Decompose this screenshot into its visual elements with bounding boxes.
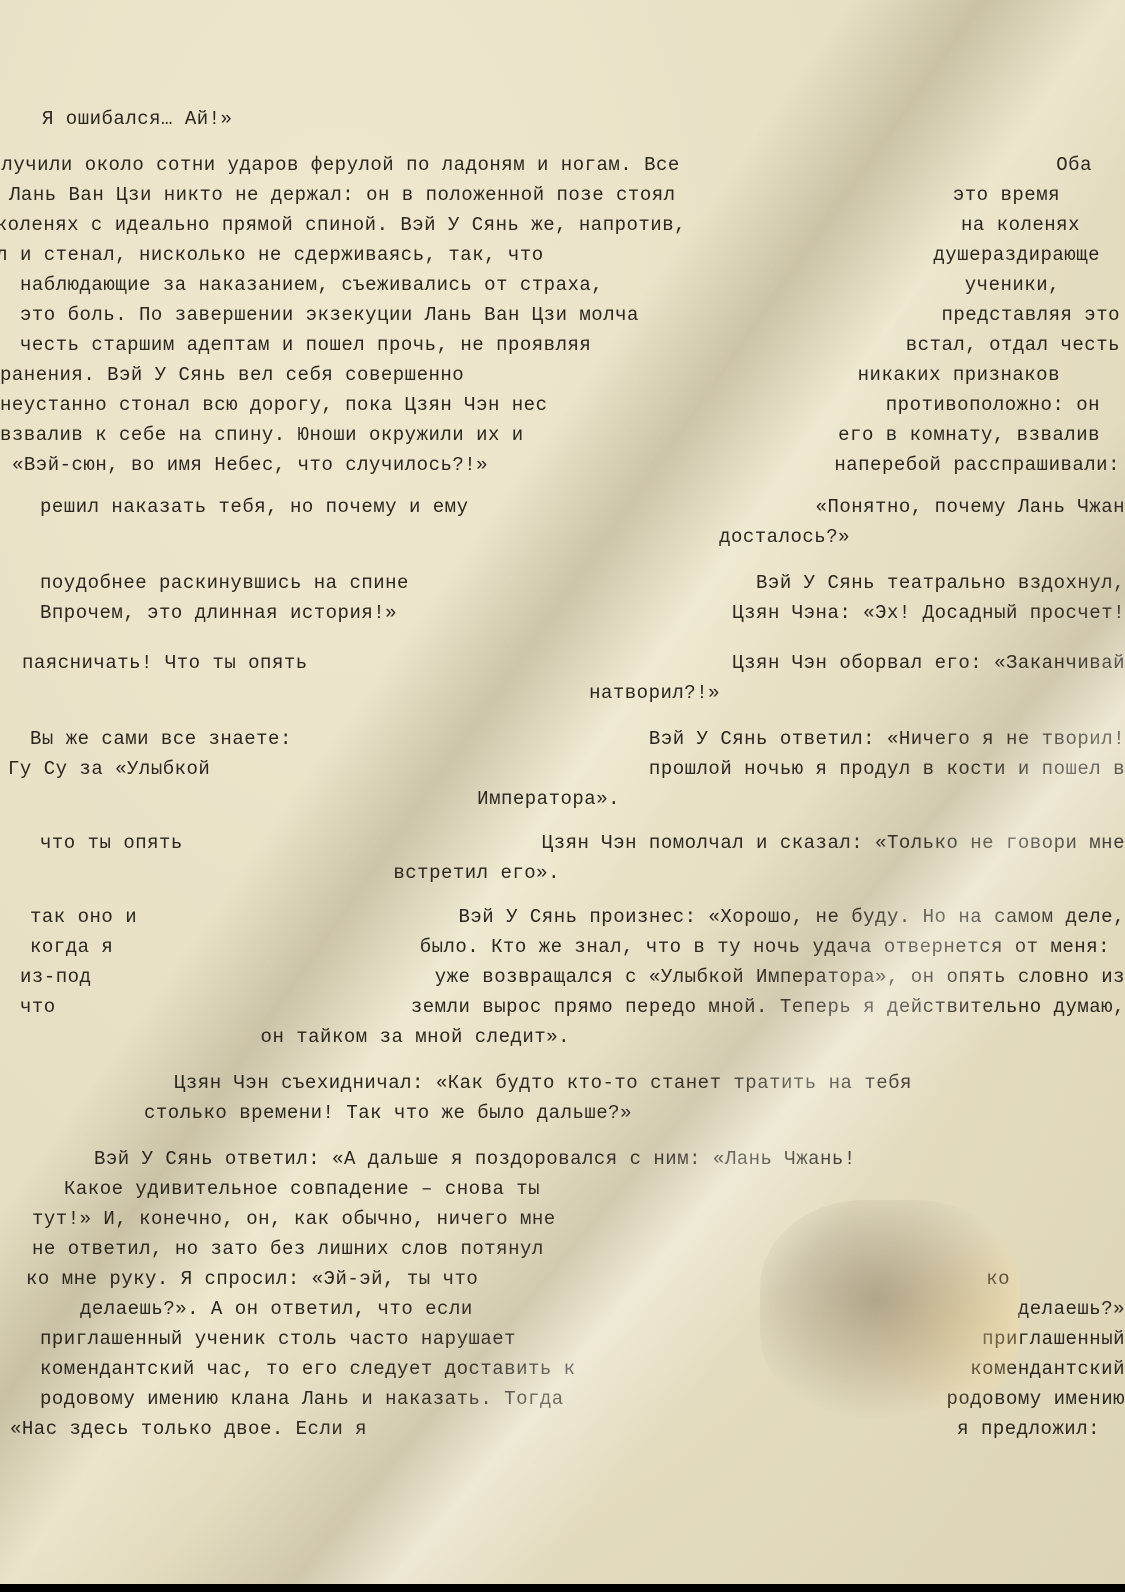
text-line: было. Кто же знал, что в ту ночь удача о…: [420, 936, 1110, 958]
text-line: душераздирающе: [933, 244, 1100, 266]
text-line: так оно и: [30, 906, 137, 928]
text-line: Впрочем, это длинная история!»: [40, 602, 397, 624]
text-line: я предложил:: [957, 1418, 1100, 1440]
text-line: Я ошибался… Ай!»: [42, 108, 232, 130]
text-line: Оба получили около сотни ударов ферулой …: [0, 154, 680, 176]
text-line: «Нас здесь только двое. Если я: [10, 1418, 367, 1440]
text-line: представляя это: [941, 304, 1120, 326]
text-line: приглашенный ученик столь часто нарушает: [40, 1328, 516, 1350]
book-page: Я ошибался… Ай!»Оба получили около сотни…: [0, 0, 1125, 1584]
text-line: это боль. По завершении экзекуции Лань В…: [20, 304, 639, 326]
text-line: никаких признаков: [858, 364, 1060, 386]
text-line: тут!» И, конечно, он, как обычно, ничего…: [32, 1208, 556, 1230]
text-line: приглашенный: [982, 1328, 1125, 1350]
text-line: решил наказать тебя, но почему и ему: [40, 496, 468, 518]
text-line: честь старшим адептам и пошел прочь, не …: [20, 334, 591, 356]
text-line: делаешь?». А он ответил, что если: [80, 1298, 473, 1320]
text-line: на коленях: [961, 214, 1080, 236]
text-line: родовому имению: [946, 1388, 1125, 1410]
text-line: противоположно: он: [886, 394, 1100, 416]
text-line: на коленях с идеально прямой спиной. Вэй…: [0, 214, 686, 236]
text-line: наперебой расспрашивали:: [834, 454, 1120, 476]
text-line: делаешь?»: [1018, 1298, 1125, 1320]
text-line: это время Лань Ван Цзи никто не держал: …: [0, 184, 676, 206]
text-line: досталось?»: [719, 526, 850, 548]
text-line: Императора».: [477, 788, 620, 810]
text-line: поудобнее раскинувшись на спине: [40, 572, 409, 594]
text-line: комендантский: [970, 1358, 1125, 1380]
text-line: Цзян Чэн съехидничал: «Как будто кто-то …: [174, 1072, 912, 1094]
text-line: прошлой ночью я продул в кости и пошел в: [649, 758, 1125, 780]
text-line: он тайком за мной следит».: [261, 1026, 570, 1048]
text-line: родовому имению клана Лань и наказать. Т…: [40, 1388, 564, 1410]
text-line: ко мне руку. Я спросил: «Эй-эй, ты что: [26, 1268, 478, 1290]
text-line: встретил его».: [393, 862, 560, 884]
text-line: «Вэй-сюн, во имя Небес, что случилось?!»: [12, 454, 488, 476]
text-line: Цзян Чэна: «Эх! Досадный просчет!: [732, 602, 1125, 624]
text-line: земли вырос прямо передо мной. Теперь я …: [411, 996, 1125, 1018]
text-line: уже возвращался с «Улыбкой Императора», …: [435, 966, 1125, 988]
text-line: ранения. Вэй У Сянь вел себя совершенно: [0, 364, 464, 386]
text-line: когда я: [30, 936, 113, 958]
text-line: Гу Су за «Улыбкой: [8, 758, 210, 780]
text-line: не ответил, но зато без лишних слов потя…: [32, 1238, 544, 1260]
text-line: столько времени! Так что же было дальше?…: [144, 1102, 632, 1124]
text-line: это время: [953, 184, 1060, 206]
text-line: что: [20, 996, 56, 1018]
text-line: из-под: [20, 966, 91, 988]
text-line: комендантский час, то его следует достав…: [40, 1358, 576, 1380]
text-line: Цзян Чэн оборвал его: «Заканчивай: [732, 652, 1125, 674]
text-line: его в комнату, взвалив: [838, 424, 1100, 446]
text-line: натворил?!»: [589, 682, 720, 704]
text-line: Какое удивительное совпадение – снова ты: [64, 1178, 540, 1200]
text-line: душераздирающе вопил и стенал, нисколько…: [0, 244, 544, 266]
text-line: встал, отдал честь: [906, 334, 1120, 356]
text-line: Вы же сами все знаете:: [30, 728, 292, 750]
illustration-figure: [760, 1200, 1020, 1420]
text-line: Вэй У Сянь ответил: «А дальше я поздоров…: [94, 1148, 856, 1170]
text-line: Вэй У Сянь ответил: «Ничего я не творил!: [649, 728, 1125, 750]
text-line: Оба: [1056, 154, 1092, 176]
text-line: что ты опять: [40, 832, 183, 854]
text-line: Вэй У Сянь произнес: «Хорошо, не буду. Н…: [458, 906, 1125, 928]
text-line: наблюдающие за наказанием, съеживались о…: [20, 274, 603, 296]
text-line: «Понятно, почему Лань Чжан: [816, 496, 1125, 518]
text-line: взвалив к себе на спину. Юноши окружили …: [0, 424, 524, 446]
text-line: паясничать! Что ты опять: [22, 652, 308, 674]
text-line: ученики,: [965, 274, 1060, 296]
text-line: ко: [986, 1268, 1010, 1290]
text-line: Вэй У Сянь театрально вздохнул,: [756, 572, 1125, 594]
text-line: Цзян Чэн помолчал и сказал: «Только не г…: [542, 832, 1125, 854]
text-line: неустанно стонал всю дорогу, пока Цзян Ч…: [0, 394, 548, 416]
